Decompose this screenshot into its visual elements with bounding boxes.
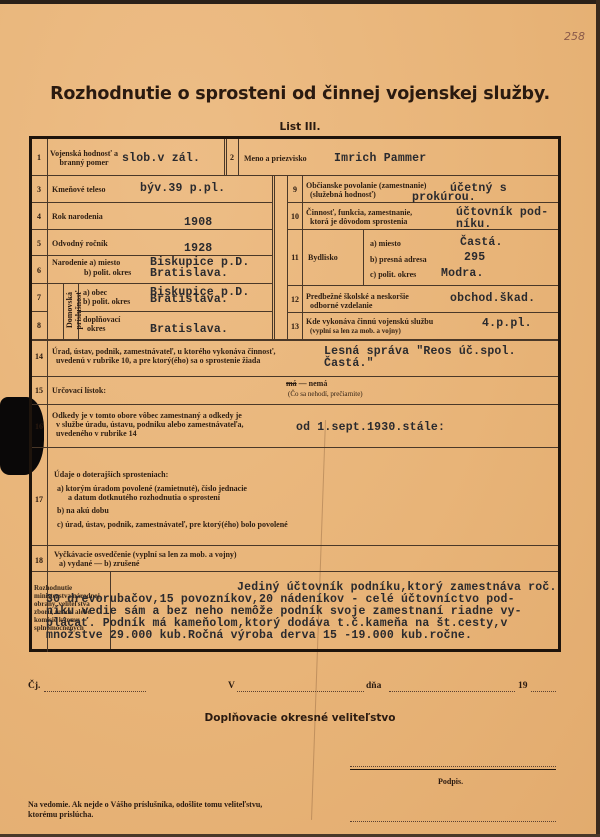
row-13-value[interactable]: 4.p.pl. — [482, 318, 532, 330]
row-16-label-c: uvedeného v rubrike 14 — [56, 429, 137, 438]
dna-label: dňa — [366, 681, 381, 691]
row-2-number: 2 — [222, 153, 242, 162]
row-17-number: 17 — [29, 495, 49, 504]
row-7-label-b: b) polit. okres — [83, 297, 130, 306]
row-12-label-a: Predbežné školské a neskoršie — [306, 292, 409, 301]
row-12-value[interactable]: obchod.škad. — [450, 293, 535, 305]
cj-field[interactable] — [44, 691, 146, 692]
row-12-number: 12 — [285, 295, 305, 304]
row-17-c: c) úrad, ústav, podnik, zamestnávateľ, p… — [57, 520, 288, 529]
row-7-number: 7 — [29, 293, 49, 302]
year-field[interactable] — [531, 691, 556, 692]
row-10-label-a: Činnosť, funkcia, zamestnanie, — [306, 208, 412, 217]
row-5-label: Odvodný ročník — [52, 239, 108, 248]
row-11-b-value[interactable]: 295 — [464, 252, 485, 264]
row-17-a2: a datum dotknutého rozhodnutia o sproste… — [68, 493, 220, 502]
footer-note: Na vedomie. Ak nejde o Vášho príslušníka… — [28, 800, 288, 820]
date-field[interactable] — [389, 691, 515, 692]
row-4-value[interactable]: 1908 — [184, 217, 212, 229]
row-15-label: Určovací lístok: — [52, 386, 106, 395]
row-8-number: 8 — [29, 321, 49, 330]
signature-line[interactable] — [350, 769, 556, 770]
row-10-value-b[interactable]: níku. — [456, 219, 492, 231]
scan-top-edge — [0, 0, 600, 4]
row-6-number: 6 — [29, 266, 49, 275]
row-16-label-a: Odkedy je v tomto obore vôbec zamestnaný… — [52, 411, 242, 420]
row-1-value[interactable]: slob.v zál. — [122, 153, 200, 165]
signature-dotted-line — [350, 766, 556, 767]
row-17-label: Údaje o doterajších sprosteniach: — [54, 470, 168, 479]
cj-label: Čj. — [28, 681, 40, 691]
row-2-value[interactable]: Imrich Pammer — [334, 153, 426, 165]
row-15-number: 15 — [29, 386, 49, 395]
row-18-label-a: Vyčkávacie osvedčenie (vyplní sa len za … — [54, 550, 237, 559]
row-4-number: 4 — [29, 212, 49, 221]
row-14-number: 14 — [29, 352, 49, 361]
row-10-number: 10 — [285, 212, 305, 221]
row-17-b: b) na akú dobu — [57, 506, 109, 515]
row-14-value-b[interactable]: Častá." — [324, 358, 374, 370]
place-field[interactable] — [237, 691, 364, 692]
decision-line-5[interactable]: množstve 29.000 kub.Ročná výroba derva 1… — [46, 630, 472, 642]
row-5-value[interactable]: 1928 — [184, 243, 212, 255]
page-title: Rozhodnutie o sprosteni od činnej vojens… — [0, 84, 600, 104]
row-7-value-b[interactable]: Bratislava. — [150, 294, 228, 306]
row-9-number: 9 — [285, 185, 305, 194]
row-10-label-b: ktorá je dôvodom sprostenia — [310, 217, 407, 226]
office-title: Doplňovacie okresné veliteľstvo — [0, 712, 600, 724]
row-13-label-a: Kde vykonáva činnú vojenskú službu — [306, 317, 433, 326]
v-label: V — [228, 681, 235, 691]
row-4-label: Rok narodenia — [52, 212, 103, 221]
page-number: 258 — [564, 30, 585, 43]
year-label: 19 — [518, 681, 528, 691]
row-1-number: 1 — [29, 153, 49, 162]
row-1-label: Vojenská hodnosť a branný pomer — [50, 149, 118, 167]
form-table: 1 Vojenská hodnosť a branný pomer slob.v… — [29, 136, 561, 652]
row-9-value-b[interactable]: prokúrou. — [412, 192, 476, 204]
row-14-label-b: uvedenú v rubrike 10, a pre ktorý(ého) s… — [56, 356, 260, 365]
row-7-label-a: a) obec — [83, 288, 107, 297]
row-11-a-label: a) miesto — [370, 239, 401, 248]
row-16-number: 16 — [29, 422, 49, 431]
row-6-value-b[interactable]: Bratislava. — [150, 268, 228, 280]
row-11-c-value[interactable]: Modra. — [441, 268, 484, 280]
row-14-label-a: Úrad, ústav, podnik, zamestnávateľ, u kt… — [52, 347, 276, 356]
row-11-label: Bydlisko — [308, 253, 338, 262]
row-16-value[interactable]: od 1.sept.1930.stále: — [296, 422, 445, 434]
row-11-number: 11 — [285, 253, 305, 262]
row-8-label-a: doplňovací — [83, 315, 120, 324]
row-15-hint: (Čo sa nehodí, prečiarnite) — [288, 390, 363, 398]
row-11-b-label: b) presná adresa — [370, 255, 427, 264]
row-18-label-b: a) vydané — b) zrušené — [59, 559, 139, 568]
domovska-prislusnost-label: Domovská príslušnosť — [65, 283, 83, 337]
row-8-label-b: okres — [87, 324, 106, 333]
row-17-a: a) ktorým úradom povolené (zamietnuté), … — [57, 484, 247, 493]
row-12-label-b: odborné vzdelanie — [310, 301, 372, 310]
row-2-label: Meno a priezvisko — [244, 154, 307, 163]
row-6-label-b: b) polit. okres — [84, 268, 131, 277]
row-13-label-b: (vyplní sa len za mob. a vojny) — [310, 327, 401, 335]
row-15-struck-option: má — [286, 379, 297, 388]
row-3-value[interactable]: býv.39 p.pl. — [140, 183, 225, 195]
signature-label: Podpis. — [438, 777, 463, 786]
row-11-a-value[interactable]: Častá. — [460, 237, 503, 249]
row-6-label-a: Narodenie a) miesto — [52, 258, 120, 267]
row-9-label-b: (služebná hodnosť) — [310, 190, 376, 199]
row-5-number: 5 — [29, 239, 49, 248]
row-3-label: Kmeňové teleso — [52, 185, 106, 194]
row-13-number: 13 — [285, 322, 305, 331]
row-8-value[interactable]: Bratislava. — [150, 324, 228, 336]
row-9-label-a: Občianske povolanie (zamestnanie) — [306, 181, 426, 190]
row-15-option: — nemá — [299, 379, 328, 388]
row-3-number: 3 — [29, 185, 49, 194]
row-11-c-label: c) polit. okres — [370, 270, 416, 279]
page-subtitle: List III. — [0, 121, 600, 133]
bottom-dotted-line — [350, 821, 556, 822]
row-18-number: 18 — [29, 556, 49, 565]
row-16-label-b: v službe úradu, ústavu, podniku alebo za… — [56, 420, 244, 429]
